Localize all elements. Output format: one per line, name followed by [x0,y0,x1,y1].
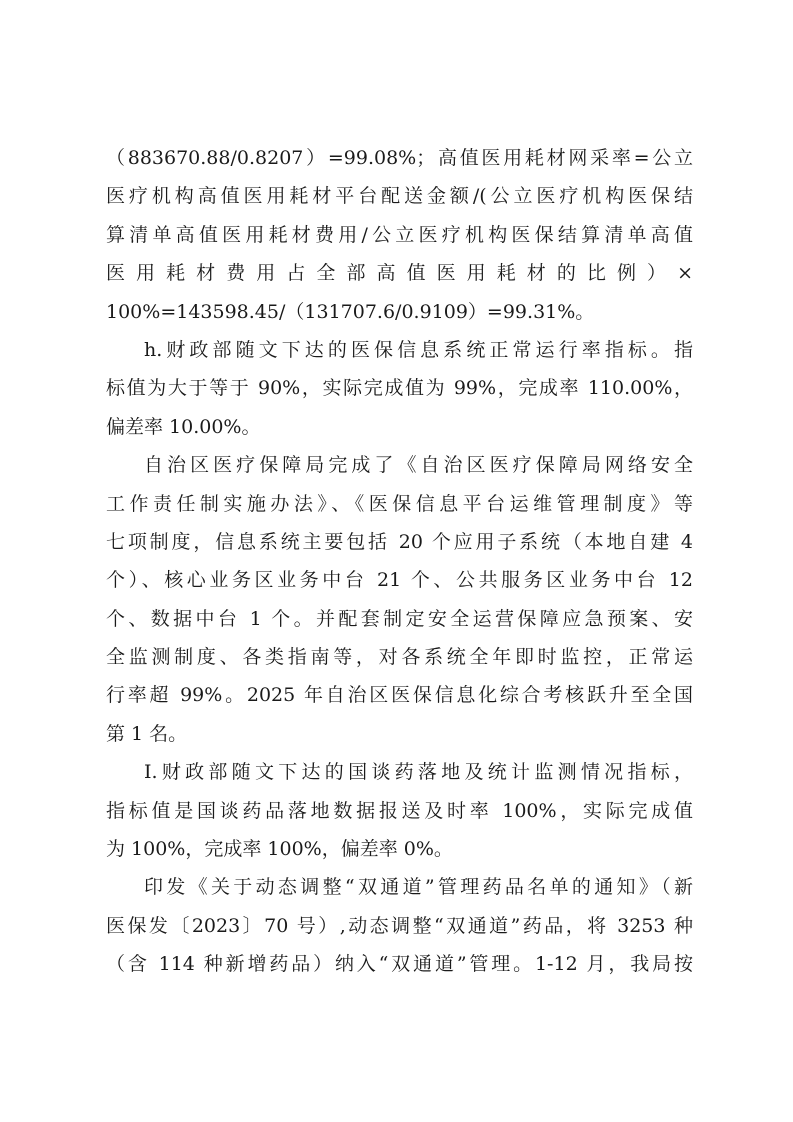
text-line: 医疗机构高值医用耗材平台配送金额/(公立医疗机构医保结 [106,177,693,215]
paragraph-i-start: I.财政部随文下达的国谈药落地及统计监测情况指标， [106,753,693,791]
text-line: 指标值是国谈药品落地数据报送及时率 100%，实际完成值 [106,792,693,830]
text-line: 个、数据中台 1 个。并配套制定安全运营保障应急预案、安 [106,600,693,638]
paragraph-h-start: h.财政部随文下达的医保信息系统正常运行率指标。指 [106,331,693,369]
text-line: 个）、核心业务区业务中台 21 个、公共服务区业务中台 12 [106,561,693,599]
text-line: 行率超 99%。2025 年自治区医保信息化综合考核跃升至全国 [106,676,693,714]
text-line: 医用耗材费用占全部高值医用耗材的比例）× [106,254,693,292]
text-line: 100%=143598.45/（131707.6/0.9109）=99.31%。 [106,293,693,331]
paragraph-start: 印发《关于动态调整“双通道”管理药品名单的通知》（新 [106,868,693,906]
text-line: 工作责任制实施办法》、《医保信息平台运维管理制度》等 [106,485,693,523]
text-line: 标值为大于等于 90%，实际完成值为 99%，完成率 110.00%， [106,369,693,407]
text-line: 偏差率 10.00%。 [106,408,693,446]
text-line: （含 114 种新增药品）纳入“双通道”管理。1-12 月，我局按 [106,945,693,983]
text-line: 七项制度，信息系统主要包括 20 个应用子系统（本地自建 4 [106,523,693,561]
text-line: （883670.88/0.8207）=99.08%；高值医用耗材网采率=公立 [106,139,693,177]
document-page: （883670.88/0.8207）=99.08%；高值医用耗材网采率=公立 医… [106,139,693,984]
text-line: 医保发〔2023〕70 号）,动态调整“双通道”药品，将 3253 种 [106,907,693,945]
text-line: 第 1 名。 [106,715,693,753]
paragraph-start: 自治区医疗保障局完成了《自治区医疗保障局网络安全 [106,446,693,484]
text-line: 全监测制度、各类指南等，对各系统全年即时监控，正常运 [106,638,693,676]
text-line: 算清单高值医用耗材费用/公立医疗机构医保结算清单高值 [106,216,693,254]
text-line: 为 100%，完成率 100%，偏差率 0%。 [106,830,693,868]
